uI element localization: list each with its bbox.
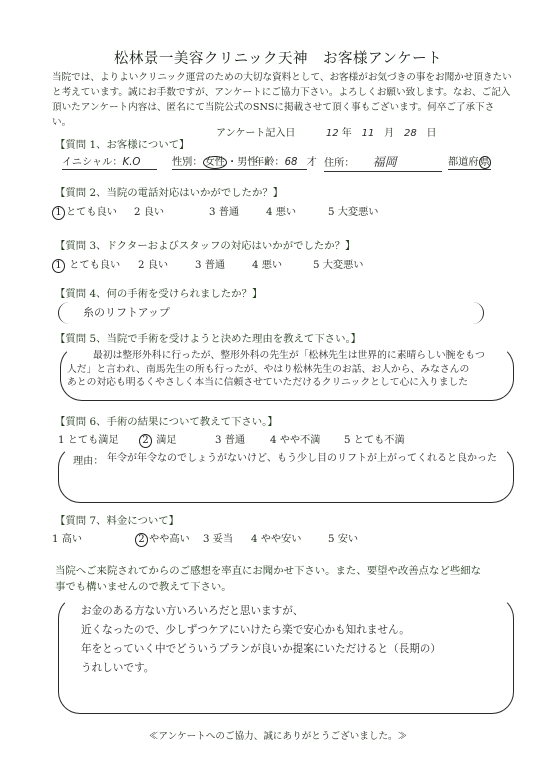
selected-circle-icon: 2 bbox=[135, 533, 148, 547]
q7-option-1[interactable]: 1 高い bbox=[52, 530, 82, 545]
q4-title: 【質問 4、何の手術を受けられましたか？】 bbox=[55, 285, 262, 300]
gender-field: 性別：女性・男性 bbox=[172, 153, 258, 170]
q2-option-3[interactable]: 3 普通 bbox=[209, 203, 239, 218]
q7-option-5[interactable]: 5 安い bbox=[328, 530, 358, 545]
feedback-answer-line: 近くなったので、少しずつケアにいけたら楽で安心かも知れません。 bbox=[81, 621, 501, 640]
prefecture-prefix: 都道府 bbox=[448, 157, 479, 168]
feedback-answer-line: お金のある方ない方いろいろだと思いますが、 bbox=[81, 602, 501, 621]
q4-answer: 糸のリフトアップ bbox=[83, 306, 170, 319]
q1-title: 【質問 1、お客様について】 bbox=[55, 136, 189, 151]
q6-reason-box[interactable]: 理由： 年令が年令なのでしょうがないけど、もう少し目のリフトが上がってくれると良… bbox=[58, 445, 514, 503]
gender-label: 性別： bbox=[172, 157, 203, 168]
q2-option-4[interactable]: 4 悪い bbox=[266, 203, 296, 218]
selected-circle-icon: 1 bbox=[52, 259, 65, 273]
q3-option-2[interactable]: 2 良い bbox=[138, 256, 168, 271]
date-day-value[interactable]: 28 bbox=[397, 128, 423, 139]
q2-option-5[interactable]: 5 大変悪い bbox=[328, 203, 378, 218]
age-unit: 才 bbox=[307, 157, 317, 168]
q3-option-5[interactable]: 5 大変悪い bbox=[313, 256, 363, 271]
address-field[interactable]: 住所：福岡 bbox=[324, 153, 442, 172]
address-label: 住所： bbox=[324, 158, 355, 169]
initial-field[interactable]: イニシャル：K.O bbox=[62, 153, 157, 170]
q5-answer-line: 人だ」と言われ、南馬先生の所も行ったが、やはり松林先生のお話、お人から、みなさん… bbox=[67, 363, 513, 377]
q3-option-4[interactable]: 4 悪い bbox=[252, 256, 282, 271]
feedback-answer: お金のある方ない方いろいろだと思いますが、 近くなったので、少しずつケアにいけた… bbox=[81, 602, 501, 678]
survey-date-row: アンケート記入日 12 年 11 月 28 日 bbox=[216, 124, 437, 139]
q6-reason-label: 理由： bbox=[73, 452, 104, 467]
survey-intro: 当院では、よりよいクリニック運営のための大切な資料として、お客様がお気づきの事を… bbox=[52, 70, 512, 130]
q1-fields: イニシャル：K.O 性別：女性・男性 年齢：68才 住所：福岡 都道府県 bbox=[62, 153, 532, 169]
date-label: アンケート記入日 bbox=[216, 128, 295, 139]
q3-option-3[interactable]: 3 普通 bbox=[195, 256, 225, 271]
prefecture-type: 都道府県 bbox=[448, 153, 491, 170]
option-label: やや高い bbox=[149, 534, 190, 545]
q3-title: 【質問 3、ドクターおよびスタッフの対応はいかがでしたか？】 bbox=[55, 237, 355, 252]
q7-options: 1 高い 2やや高い 3 妥当 4 やや安い 5 安い bbox=[52, 530, 472, 546]
gender-option-female[interactable]: 女性 bbox=[203, 156, 227, 169]
date-year-unit: 年 bbox=[342, 128, 352, 139]
age-label: 年齢： bbox=[254, 157, 285, 168]
q5-answer-line: あとの対応も明るくやさしく本当に信頼させていただけるクリニックとして心に入りまし… bbox=[67, 376, 513, 390]
selected-circle-icon: 1 bbox=[52, 206, 65, 220]
q2-option-1[interactable]: 1とても良い bbox=[52, 203, 117, 220]
feedback-prompt: 当院へご来院されてからのご感想を率直にお聞かせ下さい。また、要望や改善点など些細… bbox=[55, 563, 485, 595]
initial-label: イニシャル： bbox=[62, 157, 123, 168]
q3-option-1[interactable]: 1 とても良い bbox=[52, 256, 120, 273]
q4-answer-box[interactable]: 糸のリフトアップ bbox=[58, 302, 484, 324]
feedback-answer-line: 年をとっていく中でどういうプランが良いか提案にいただけると（長期の） bbox=[81, 640, 501, 659]
q5-answer-line: 最初は整形外科に行ったが、整形外科の先生が「松林先生は世界的に素晴らしい腕をもつ bbox=[67, 349, 513, 363]
q6-option-4[interactable]: 4 やや不満 bbox=[270, 431, 320, 446]
q7-option-4[interactable]: 4 やや安い bbox=[251, 530, 301, 545]
q7-option-3[interactable]: 3 妥当 bbox=[203, 530, 233, 545]
thank-you-footer: ≪アンケートへのご協力、誠にありがとうございました。≫ bbox=[0, 728, 556, 742]
option-label: とても良い bbox=[69, 260, 120, 271]
q6-title: 【質問 6、手術の結果について教えて下さい。】 bbox=[55, 413, 278, 428]
q5-title: 【質問 5、当院で手術を受けようと決めた理由を教えて下さい。】 bbox=[55, 330, 361, 345]
q6-reason-answer: 年令が年令なのでしょうがないけど、もう少し目のリフトが上がってくれると良かった bbox=[107, 452, 497, 465]
date-month-unit: 月 bbox=[384, 128, 394, 139]
initial-value: K.O bbox=[123, 157, 141, 168]
q6-option-3[interactable]: 3 普通 bbox=[215, 431, 245, 446]
q5-answer: 最初は整形外科に行ったが、整形外科の先生が「松林先生は世界的に素晴らしい腕をもつ… bbox=[67, 349, 513, 390]
q5-answer-box[interactable]: 最初は整形外科に行ったが、整形外科の先生が「松林先生は世界的に素晴らしい腕をもつ… bbox=[60, 345, 514, 401]
q2-title: 【質問 2、当院の電話対応はいかがでしたか？】 bbox=[55, 184, 283, 199]
address-value: 福岡 bbox=[373, 155, 397, 169]
q6-option-1[interactable]: 1 とても満足 bbox=[58, 431, 119, 446]
survey-title: 松林景一美容クリニック天神 お客様アンケート bbox=[0, 47, 556, 68]
gender-separator: ・ bbox=[227, 157, 237, 168]
q6-option-5[interactable]: 5 とても不満 bbox=[344, 431, 405, 446]
prefecture-option-ken[interactable]: 県 bbox=[479, 156, 491, 169]
date-year-value[interactable]: 12 bbox=[299, 128, 339, 139]
q2-option-2[interactable]: 2 良い bbox=[134, 203, 164, 218]
q2-options: 1とても良い 2 良い 3 普通 4 悪い 5 大変悪い bbox=[52, 203, 472, 219]
date-day-unit: 日 bbox=[427, 128, 437, 139]
feedback-answer-box[interactable]: お金のある方ない方いろいろだと思いますが、 近くなったので、少しずつケアにいけた… bbox=[58, 596, 514, 714]
q7-option-2[interactable]: 2やや高い bbox=[135, 530, 190, 547]
q7-title: 【質問 7、料金について】 bbox=[55, 512, 179, 527]
option-label: とても良い bbox=[66, 207, 117, 218]
feedback-answer-line: うれしいです。 bbox=[81, 659, 501, 678]
q3-options: 1 とても良い 2 良い 3 普通 4 悪い 5 大変悪い bbox=[52, 256, 472, 272]
age-value: 68 bbox=[285, 157, 307, 168]
age-field[interactable]: 年齢：68才 bbox=[254, 153, 317, 168]
date-month-value[interactable]: 11 bbox=[355, 128, 381, 139]
